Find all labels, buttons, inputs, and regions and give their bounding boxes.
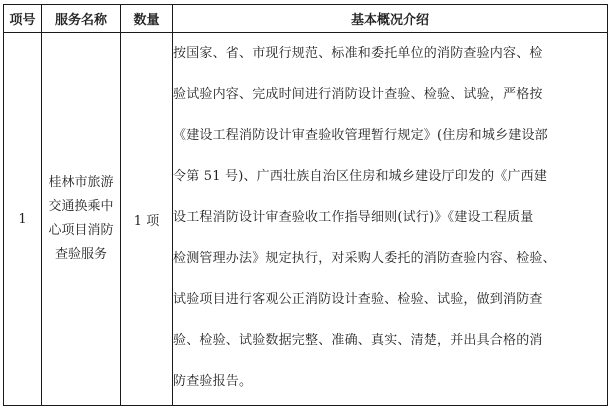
service-name-line: 桂林市旅游 <box>42 171 120 195</box>
header-quantity: 数量 <box>121 5 173 33</box>
service-name-line: 查验服务 <box>42 243 120 267</box>
item-no-cell: 1 <box>4 33 42 406</box>
service-name-line: 交通换乘中 <box>42 195 120 219</box>
description-line: 按国家、省、市现行规范、标准和委托单位的消防查验内容、检 <box>173 33 607 74</box>
description-line: 防查验报告。 <box>173 361 607 402</box>
description-line: 验试验内容、完成时间进行消防设计查验、检验、试验，严格按 <box>173 74 607 115</box>
service-name-cell: 桂林市旅游 交通换乘中 心项目消防 查验服务 <box>42 33 121 406</box>
header-row: 项号 服务名称 数量 基本概况介绍 <box>4 5 608 33</box>
service-name-line: 心项目消防 <box>42 219 120 243</box>
description-line: 令第 51 号)、广西壮族自治区住房和城乡建设厅印发的《广西建 <box>173 156 607 197</box>
description-line: 验、检验、试验数据完整、准确、真实、清楚，并出具合格的消 <box>173 320 607 361</box>
header-item-no: 项号 <box>4 5 42 33</box>
description-line: 检测管理办法》规定执行，对采购人委托的消防查验内容、检验、 <box>173 238 607 279</box>
header-service-name: 服务名称 <box>42 5 121 33</box>
description-line: 试验项目进行客观公正消防设计查验、检验、试验，做到消防查 <box>173 279 607 320</box>
description-line: 《建设工程消防设计审查验收管理暂行规定》(住房和城乡建设部 <box>173 115 607 156</box>
quantity-cell: 1 项 <box>121 33 173 406</box>
header-description: 基本概况介绍 <box>173 5 608 33</box>
service-table: 项号 服务名称 数量 基本概况介绍 1 桂林市旅游 交通换乘中 心项目消防 查验… <box>3 4 608 406</box>
description-cell: 按国家、省、市现行规范、标准和委托单位的消防查验内容、检 验试验内容、完成时间进… <box>173 33 608 406</box>
table-row: 1 桂林市旅游 交通换乘中 心项目消防 查验服务 1 项 按国家、省、市现行规范… <box>4 33 608 406</box>
description-line: 设工程消防设计审查验收工作指导细则(试行)》《建设工程质量 <box>173 197 607 238</box>
